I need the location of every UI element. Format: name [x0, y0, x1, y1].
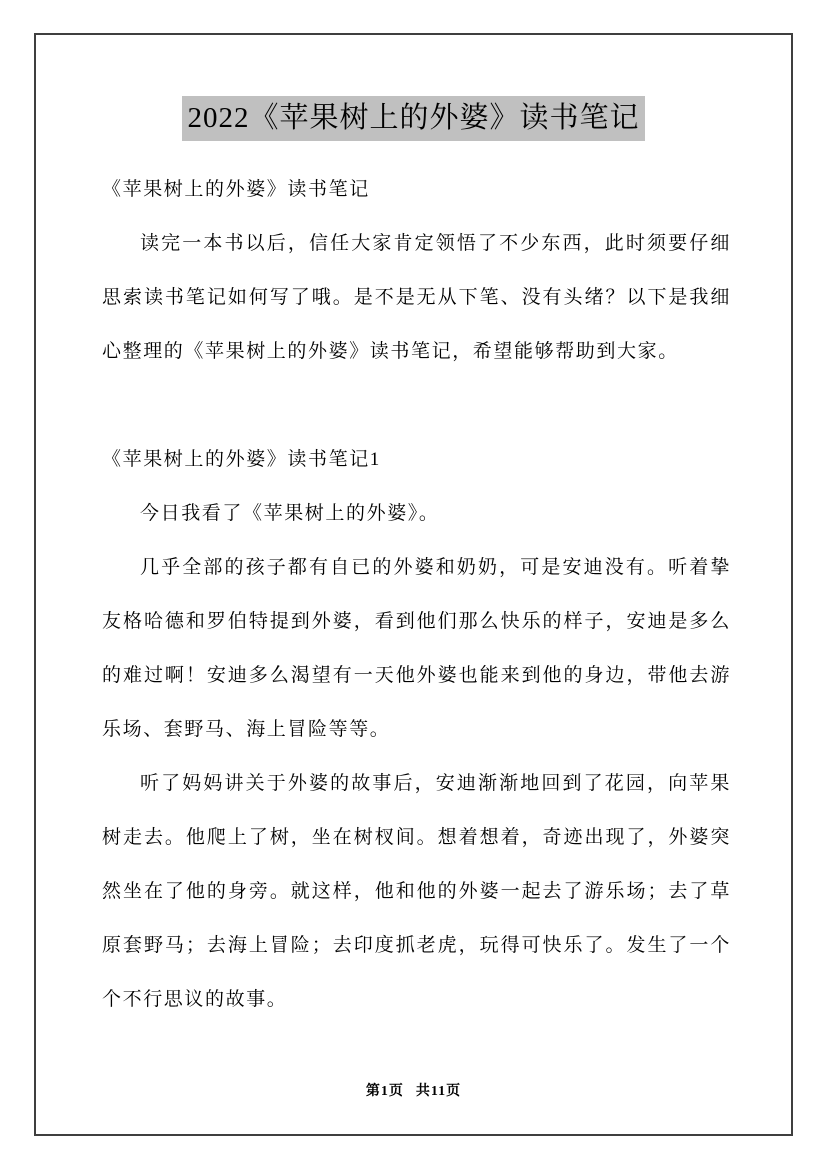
- document-title: 2022《苹果树上的外婆》读书笔记: [182, 96, 644, 141]
- footer-page-number: 第1页: [366, 1084, 404, 1099]
- footer-total-pages: 共11页: [416, 1084, 461, 1099]
- intro-paragraph: 读完一本书以后，信任大家肯定领悟了不少东西，此时须要仔细思索读书笔记如何写了哦。…: [102, 217, 731, 379]
- subtitle-line: 《苹果树上的外婆》读书笔记: [102, 163, 731, 217]
- paragraph-2: 几乎全部的孩子都有自已的外婆和奶奶，可是安迪没有。听着挚友格哈德和罗伯特提到外婆…: [102, 541, 731, 757]
- section-heading: 《苹果树上的外婆》读书笔记1: [102, 433, 731, 487]
- blank-line-spacer: [102, 379, 731, 433]
- document-page-frame: 2022《苹果树上的外婆》读书笔记 《苹果树上的外婆》读书笔记 读完一本书以后，…: [34, 33, 793, 1136]
- document-body: 《苹果树上的外婆》读书笔记 读完一本书以后，信任大家肯定领悟了不少东西，此时须要…: [102, 163, 731, 1027]
- paragraph-1: 今日我看了《苹果树上的外婆》。: [102, 487, 731, 541]
- paragraph-3: 听了妈妈讲关于外婆的故事后，安迪渐渐地回到了花园，向苹果树走去。他爬上了树，坐在…: [102, 757, 731, 1027]
- page-footer: 第1页共11页: [36, 1083, 791, 1101]
